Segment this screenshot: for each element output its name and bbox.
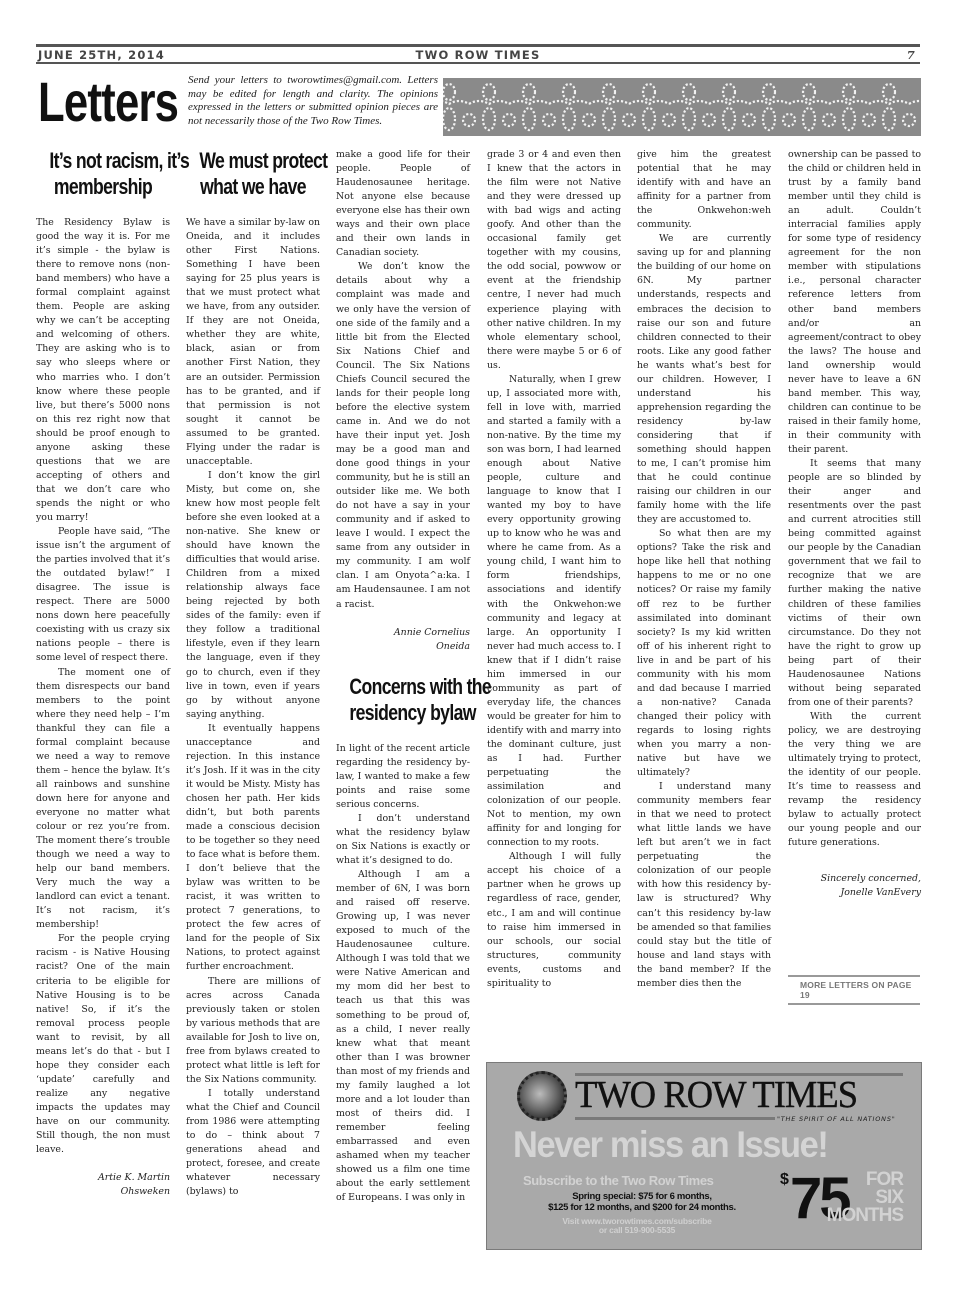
letter-3-paragraph: In light of the recent article regarding… bbox=[336, 742, 470, 812]
letter-2-signature: Annie Cornelius Oneida bbox=[336, 626, 470, 654]
running-header: JUNE 25TH, 2014 TWO ROW TIMES 7 bbox=[36, 44, 920, 64]
letter-2-paragraph: It eventually happens unacceptance and r… bbox=[186, 722, 320, 975]
section-title: Letters bbox=[38, 72, 178, 132]
column-4: grade 3 or 4 and even then I knew that t… bbox=[487, 148, 621, 991]
ad-contact-info[interactable]: Visit www.tworowtimes.com/subscribe or c… bbox=[507, 1217, 767, 1235]
letter-1-paragraph: For the people crying racism - is Native… bbox=[36, 932, 170, 1157]
letter-3-paragraph: Naturally, when I grew up, I associated … bbox=[487, 373, 621, 851]
letter-3-paragraph: So what then are my options? Take the ri… bbox=[637, 527, 771, 780]
letter-3-paragraph: I understand many community members fear… bbox=[637, 780, 771, 991]
letters-intro: Send your letters to tworowtimes@gmail.c… bbox=[188, 74, 438, 128]
ad-masthead: TWO ROW TIMES bbox=[575, 1075, 857, 1115]
letter-1-headline: It’s not racism, it’s membership bbox=[49, 148, 156, 200]
letter-3-paragraph: ownership can be passed to the child or … bbox=[788, 148, 921, 457]
letter-3-paragraph: It seems that many people are so blinded… bbox=[788, 457, 921, 710]
ad-headline: Never miss an Issue! bbox=[513, 1125, 827, 1165]
column-3: make a good life for their people. Peopl… bbox=[336, 148, 470, 1205]
beadwork-pattern-icon bbox=[443, 78, 921, 136]
letter-2-paragraph: I totally understand what the Chief and … bbox=[186, 1087, 320, 1199]
letter-3-paragraph: grade 3 or 4 and even then I knew that t… bbox=[487, 148, 621, 373]
letter-3-paragraph: With the current policy, we are destroyi… bbox=[788, 710, 921, 850]
column-5: give him the greatest potential that he … bbox=[637, 148, 771, 991]
letter-3-paragraph: I don’t understand what the residency by… bbox=[336, 812, 470, 868]
page-number: 7 bbox=[907, 48, 916, 62]
letter-1-signature: Artie K. Martin Ohsweken bbox=[36, 1171, 170, 1199]
letter-2-headline: We must protect what we have bbox=[199, 148, 306, 200]
letter-3-paragraph: give him the greatest potential that he … bbox=[637, 148, 771, 232]
ad-subscribe-text: Subscribe to the Two Row Times bbox=[523, 1173, 714, 1188]
letter-2-paragraph: make a good life for their people. Peopl… bbox=[336, 148, 470, 260]
letter-2-paragraph: We have a similar by-law on Oneida, and … bbox=[186, 216, 320, 469]
letter-3-signature: Sincerely concerned, Jonelle VanEvery bbox=[788, 872, 921, 900]
masthead-rule bbox=[575, 1117, 775, 1120]
letter-2-paragraph: We don’t know the details about why a co… bbox=[336, 260, 470, 611]
column-6: ownership can be passed to the child or … bbox=[788, 148, 921, 900]
ad-price-terms: FOR SIX MONTHS bbox=[799, 1171, 903, 1225]
more-letters-link[interactable]: MORE LETTERS ON PAGE 19 bbox=[788, 975, 920, 1005]
beadwork-banner bbox=[443, 78, 921, 136]
letter-1-paragraph: The moment one of them disrespects our b… bbox=[36, 666, 170, 933]
ad-tagline: "THE SPIRIT OF ALL NATIONS" bbox=[777, 1115, 896, 1123]
letter-3-paragraph: Although I will fully accept his choice … bbox=[487, 850, 621, 990]
masthead-portrait-icon bbox=[517, 1071, 567, 1121]
letter-3-paragraph: Although I am a member of 6N, I was born… bbox=[336, 868, 470, 1205]
subscription-ad[interactable]: TWO ROW TIMES "THE SPIRIT OF ALL NATIONS… bbox=[486, 1062, 922, 1250]
letter-3-headline: Concerns with the residency bylaw bbox=[349, 674, 456, 726]
letter-3-paragraph: We are currently saving up for and plann… bbox=[637, 232, 771, 527]
phone-number: or call 519-900-5535 bbox=[507, 1226, 767, 1235]
column-1: It’s not racism, it’s membership The Res… bbox=[36, 148, 170, 1199]
column-2: We must protect what we have We have a s… bbox=[186, 148, 320, 1199]
letter-2-paragraph: There are millions of acres across Canad… bbox=[186, 975, 320, 1087]
letter-1-paragraph: People have said, “The issue isn’t the a… bbox=[36, 525, 170, 665]
letter-2-paragraph: I don’t know the girl Misty, but come on… bbox=[186, 469, 320, 722]
letter-1-paragraph: The Residency Bylaw is good the way it i… bbox=[36, 216, 170, 525]
ad-spring-special: Spring special: $75 for 6 months, $125 f… bbox=[507, 1192, 777, 1213]
publication-name: TWO ROW TIMES bbox=[36, 48, 920, 62]
